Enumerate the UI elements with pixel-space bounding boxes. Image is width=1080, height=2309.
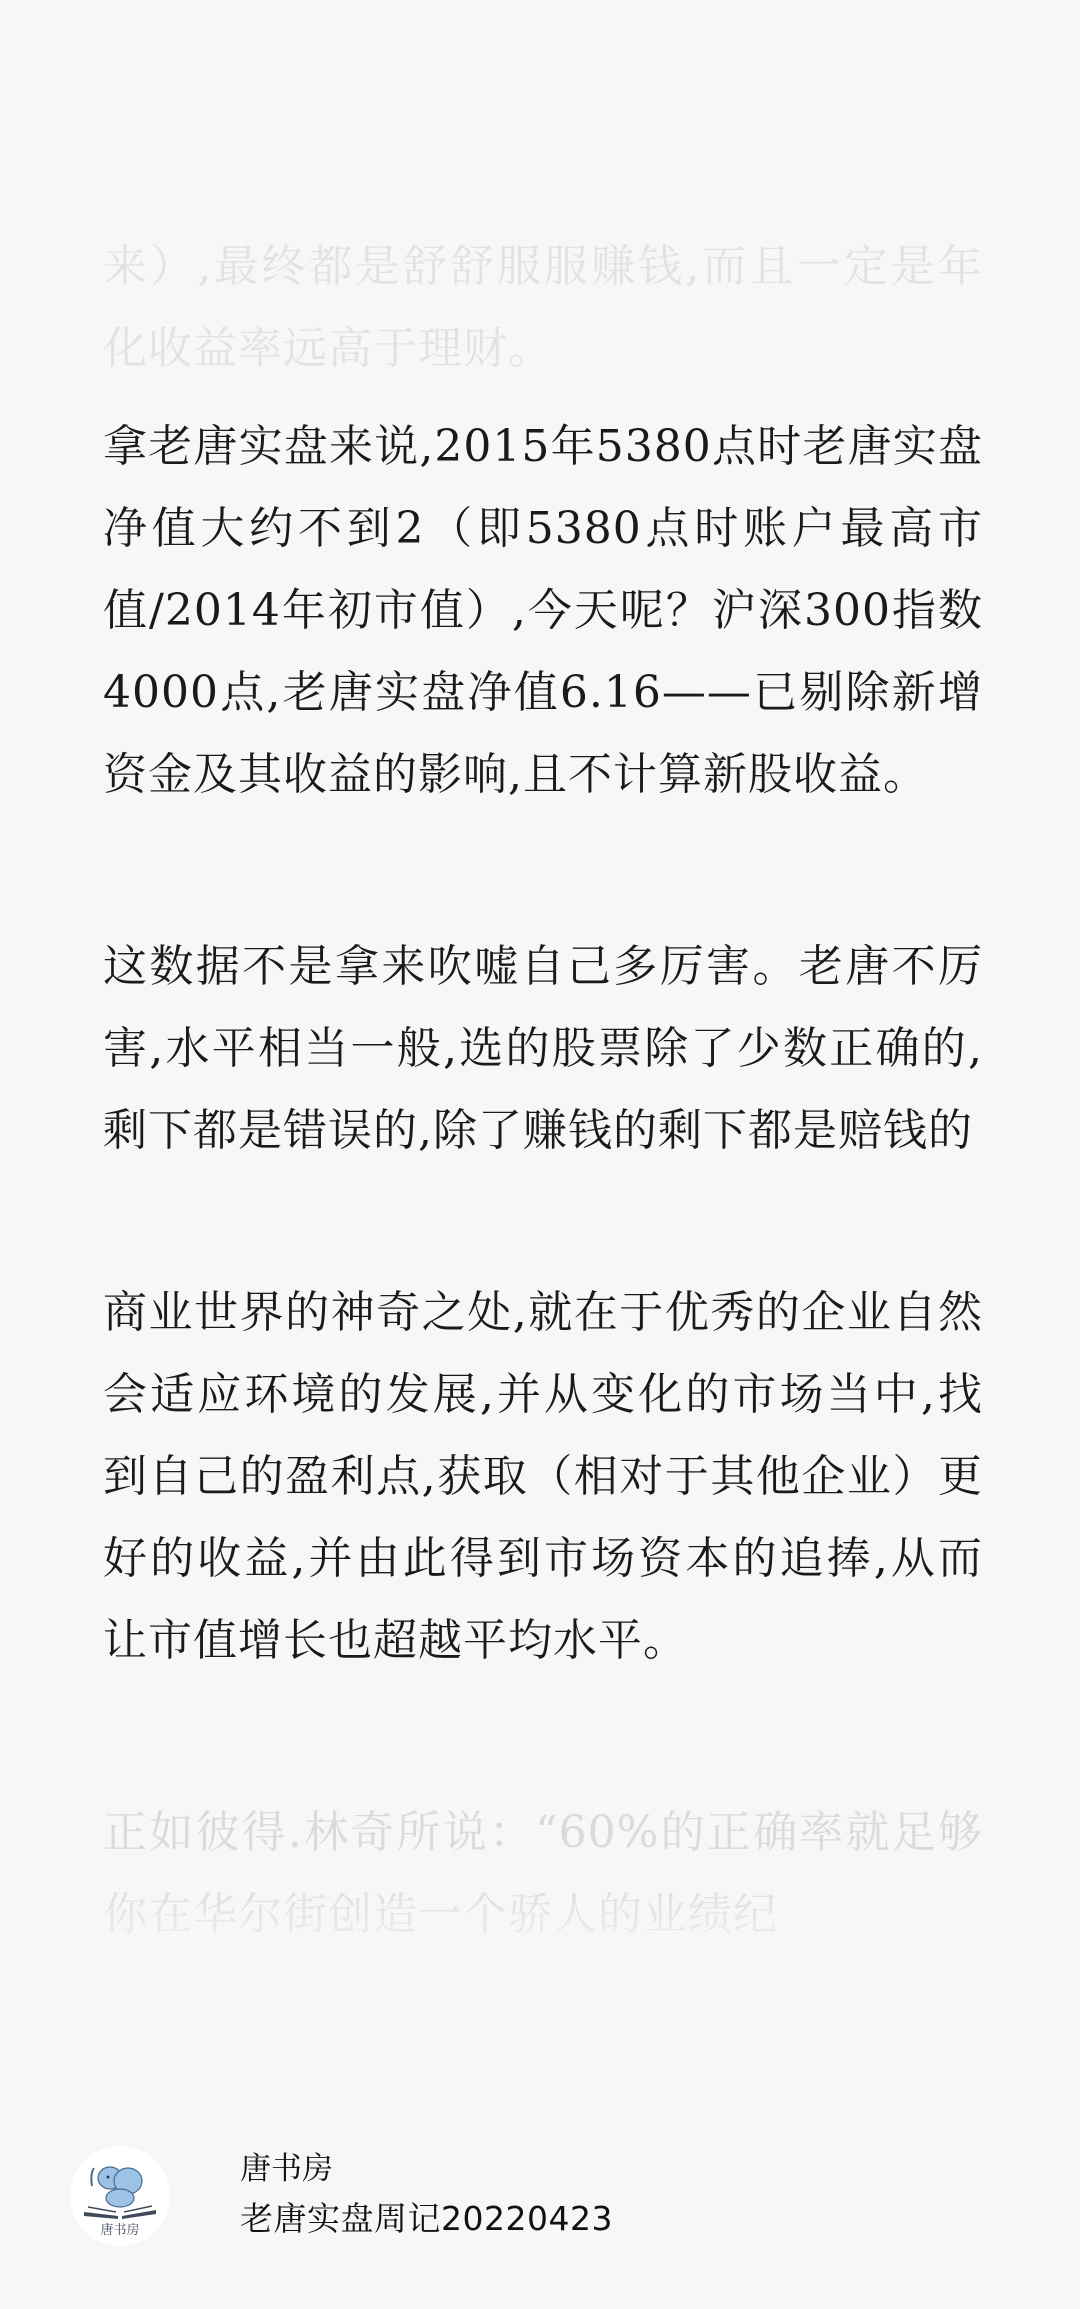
footer-text: 唐书房 老唐实盘周记20220423 <box>240 2146 613 2246</box>
svg-text:唐书房: 唐书房 <box>100 2222 139 2238</box>
paragraph-performance: 拿老唐实盘来说,2015年5380点时老唐实盘净值大约不到2（即5380点时账户… <box>103 406 983 816</box>
source-name[interactable]: 唐书房 <box>240 2146 613 2192</box>
faded-paragraph-top: 来）,最终都是舒舒服服赚钱,而且一定是年化收益率远高于理财。 <box>103 226 983 390</box>
paragraph-business-world: 商业世界的神奇之处,就在于优秀的企业自然会适应环境的发展,并从变化的市场当中,找… <box>103 1272 983 1682</box>
elephant-book-logo-icon[interactable]: 唐书房 <box>70 2146 170 2246</box>
paragraph-modesty: 这数据不是拿来吹嘘自己多厉害。老唐不厉害,水平相当一般,选的股票除了少数正确的,… <box>103 926 983 1172</box>
fade-overlay <box>0 1890 1080 1970</box>
article-title[interactable]: 老唐实盘周记20220423 <box>240 2192 613 2246</box>
footer-source[interactable]: 唐书房 唐书房 老唐实盘周记20220423 <box>70 2146 613 2246</box>
